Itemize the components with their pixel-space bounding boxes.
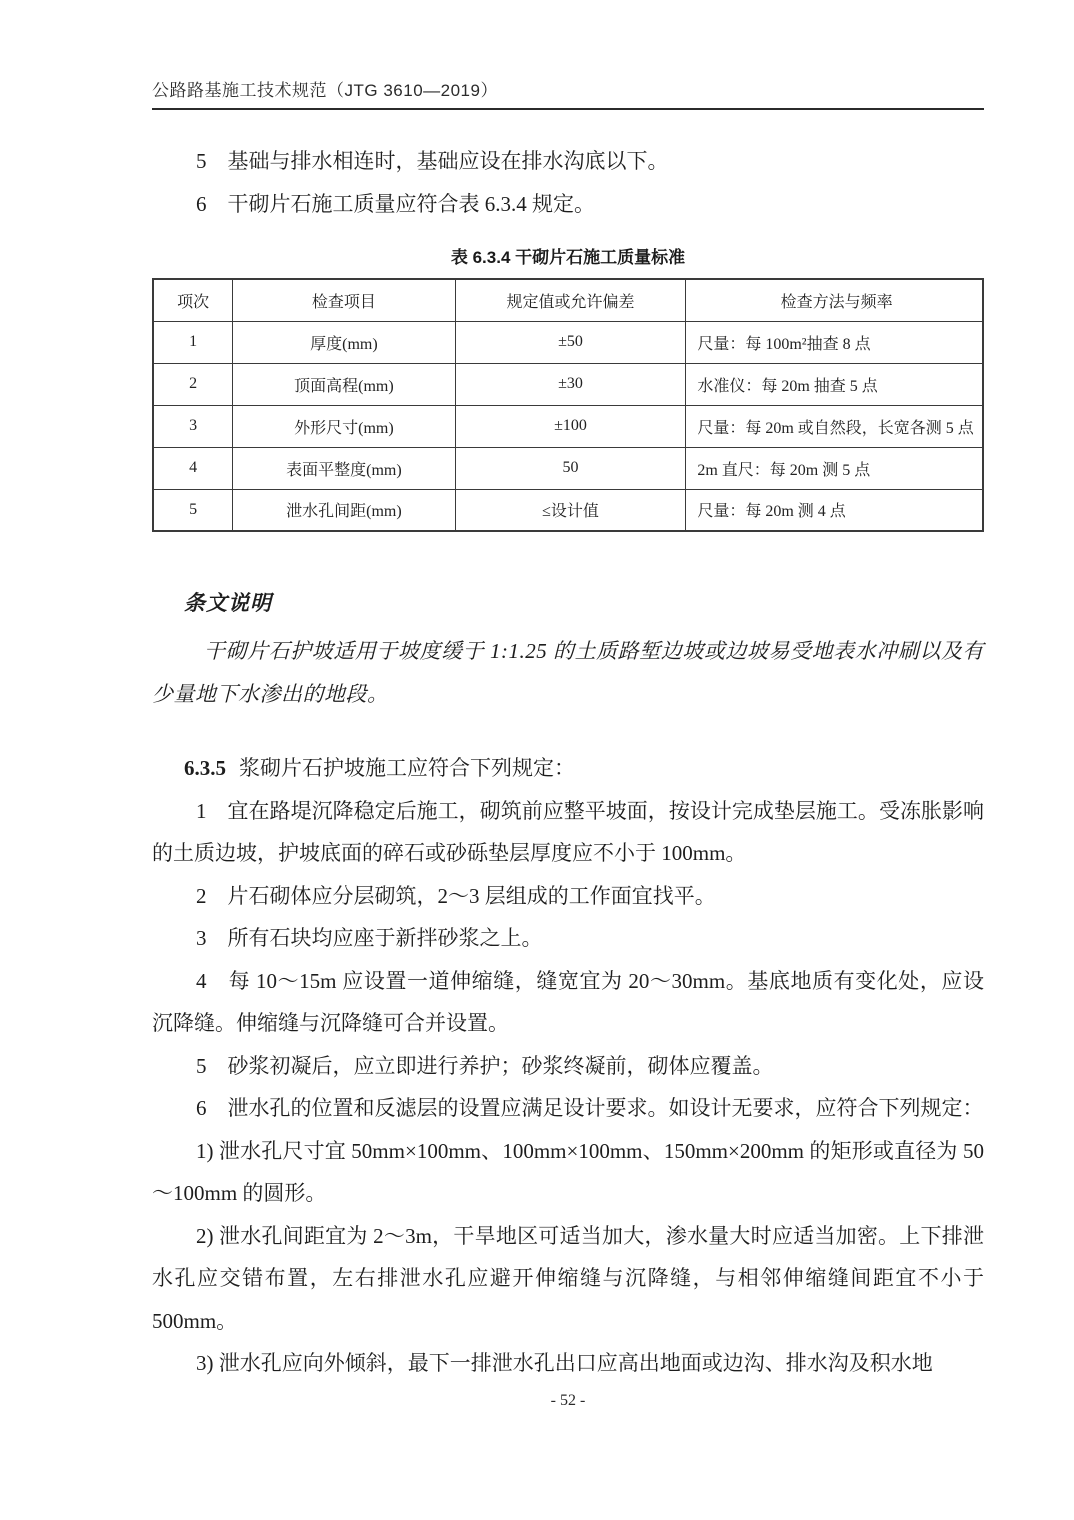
clause-heading: 6.3.5浆砌片石护坡施工应符合下列规定： [152, 747, 984, 790]
intro-item: 5 基础与排水相连时，基础应设在排水沟底以下。 [152, 140, 984, 183]
clause-item: 4 每 10～15m 应设置一道伸缩缝，缝宽宜为 20～30mm。基底地质有变化… [152, 960, 984, 1045]
table-cell-item: 表面平整度(mm) [233, 447, 455, 489]
clause-section: 6.3.5浆砌片石护坡施工应符合下列规定： 1 宜在路堤沉降稳定后施工，砌筑前应… [152, 747, 984, 1385]
intro-item: 6 干砌片石施工质量应符合表 6.3.4 规定。 [152, 183, 984, 226]
table-cell-item: 顶面高程(mm) [233, 363, 455, 405]
table-cell-tolerance: ±50 [455, 321, 686, 363]
clause-subitem: 2) 泄水孔间距宜为 2～3m，干旱地区可适当加大，渗水量大时应适当加密。上下排… [152, 1215, 984, 1343]
table-row: 5 泄水孔间距(mm) ≤设计值 尺量：每 20m 测 4 点 [153, 489, 983, 531]
table-cell-tolerance: ±30 [455, 363, 686, 405]
clause-title: 浆砌片石护坡施工应符合下列规定： [239, 756, 575, 780]
intro-section: 5 基础与排水相连时，基础应设在排水沟底以下。 6 干砌片石施工质量应符合表 6… [152, 140, 984, 225]
clause-item: 1 宜在路堤沉降稳定后施工，砌筑前应整平坡面，按设计完成垫层施工。受冻胀影响的土… [152, 790, 984, 875]
table-cell-no: 3 [153, 405, 233, 447]
quality-table: 项次 检查项目 规定值或允许偏差 检查方法与频率 1 厚度(mm) ±50 尺量… [152, 278, 984, 532]
table-header-cell: 规定值或允许偏差 [455, 279, 686, 321]
explanation-paragraph: 干砌片石护坡适用于坡度缓于 1:1.25 的土质路堑边坡或边坡易受地表水冲刷以及… [152, 630, 984, 715]
clause-item: 2 片石砌体应分层砌筑，2～3 层组成的工作面宜找平。 [152, 875, 984, 918]
table-cell-no: 2 [153, 363, 233, 405]
table-header-cell: 检查方法与频率 [686, 279, 983, 321]
table-header-cell: 检查项目 [233, 279, 455, 321]
clause-item: 6 泄水孔的位置和反滤层的设置应满足设计要求。如设计无要求，应符合下列规定： [152, 1087, 984, 1130]
table-cell-item: 外形尺寸(mm) [233, 405, 455, 447]
table-cell-item: 厚度(mm) [233, 321, 455, 363]
table-cell-method: 尺量：每 20m 或自然段，长宽各测 5 点 [686, 405, 983, 447]
clause-subitem: 1) 泄水孔尺寸宜 50mm×100mm、100mm×100mm、150mm×2… [152, 1130, 984, 1215]
table-cell-item: 泄水孔间距(mm) [233, 489, 455, 531]
table-cell-method: 水准仪：每 20m 抽查 5 点 [686, 363, 983, 405]
table-cell-method: 尺量：每 20m 测 4 点 [686, 489, 983, 531]
table-cell-tolerance: ±100 [455, 405, 686, 447]
page-number: - 52 - [152, 1392, 984, 1410]
table-row: 2 顶面高程(mm) ±30 水准仪：每 20m 抽查 5 点 [153, 363, 983, 405]
table-cell-method: 2m 直尺：每 20m 测 5 点 [686, 447, 983, 489]
table-header-row: 项次 检查项目 规定值或允许偏差 检查方法与频率 [153, 279, 983, 321]
clause-item: 3 所有石块均应座于新拌砂浆之上。 [152, 917, 984, 960]
table-row: 3 外形尺寸(mm) ±100 尺量：每 20m 或自然段，长宽各测 5 点 [153, 405, 983, 447]
page-header: 公路路基施工技术规范（JTG 3610—2019） [152, 76, 984, 110]
table-row: 4 表面平整度(mm) 50 2m 直尺：每 20m 测 5 点 [153, 447, 983, 489]
table-cell-no: 4 [153, 447, 233, 489]
table-cell-method: 尺量：每 100m²抽查 8 点 [686, 321, 983, 363]
clause-item: 5 砂浆初凝后，应立即进行养护；砂浆终凝前，砌体应覆盖。 [152, 1045, 984, 1088]
document-page: 公路路基施工技术规范（JTG 3610—2019） 5 基础与排水相连时，基础应… [0, 0, 1074, 1520]
table-header-cell: 项次 [153, 279, 233, 321]
explanation-heading: 条文说明 [184, 586, 984, 620]
clause-subitem: 3) 泄水孔应向外倾斜，最下一排泄水孔出口应高出地面或边沟、排水沟及积水地 [152, 1342, 984, 1385]
table-row: 1 厚度(mm) ±50 尺量：每 100m²抽查 8 点 [153, 321, 983, 363]
explanation-section: 条文说明 干砌片石护坡适用于坡度缓于 1:1.25 的土质路堑边坡或边坡易受地表… [152, 586, 984, 715]
table-cell-tolerance: ≤设计值 [455, 489, 686, 531]
document-title: 公路路基施工技术规范（JTG 3610—2019） [152, 81, 498, 100]
table-cell-no: 5 [153, 489, 233, 531]
clause-number: 6.3.5 [184, 756, 226, 780]
table-title: 表 6.3.4 干砌片石施工质量标准 [152, 245, 984, 271]
table-cell-no: 1 [153, 321, 233, 363]
table-cell-tolerance: 50 [455, 447, 686, 489]
